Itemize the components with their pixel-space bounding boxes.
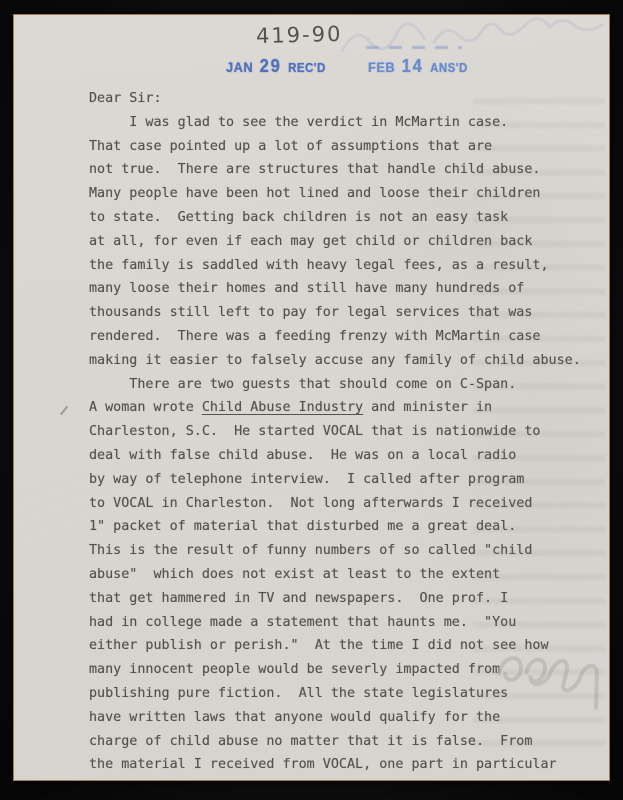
- letter-line: I was glad to see the verdict in McMarti…: [89, 111, 599, 135]
- received-date-stamp: JAN 29 REC'D: [226, 56, 326, 77]
- letter-line: many loose their homes and still have ma…: [89, 277, 599, 301]
- letter-line: to state. Getting back children is not a…: [89, 206, 599, 230]
- stamp-month: FEB: [368, 59, 395, 75]
- letter-line: Dear Sir:: [89, 87, 599, 111]
- stamp-suffix: ANS'D: [430, 61, 468, 75]
- letter-line: the family is saddled with heavy legal f…: [89, 254, 599, 278]
- stamp-day: 14: [402, 56, 424, 77]
- letter-line: That case pointed up a lot of assumption…: [89, 135, 599, 159]
- letter-line: the material I received from VOCAL, one …: [89, 753, 599, 777]
- letter-line: There are two guests that should come on…: [89, 373, 599, 397]
- letter-line: abuse" which does not exist at least to …: [89, 563, 599, 587]
- handwritten-case-number: 419-90: [256, 22, 343, 48]
- letter-line: 1" packet of material that disturbed me …: [89, 515, 599, 539]
- letter-line: making it easier to falsely accuse any f…: [89, 349, 599, 373]
- stamp-suffix: REC'D: [288, 61, 326, 75]
- letter-line: not true. There are structures that hand…: [89, 158, 599, 182]
- faded-stamp-mark: [366, 46, 462, 49]
- letter-line: deal with false child abuse. He was on a…: [89, 444, 599, 468]
- letter-line: to VOCAL in Charleston. Not long afterwa…: [89, 492, 599, 516]
- letter-line: Charleston, S.C. He started VOCAL that i…: [89, 420, 599, 444]
- letter-line: This is the result of funny numbers of s…: [89, 539, 599, 563]
- bleed-through-handwriting-right-icon: [488, 617, 623, 720]
- letter-line: that get hammered in TV and newspapers. …: [89, 587, 599, 611]
- letter-line: charge of child abuse no matter that it …: [89, 730, 599, 754]
- letter-page: 419-90 JAN 29 REC'D FEB 14 ANS'D Dear Si…: [13, 14, 610, 781]
- letter-line: thousands still left to pay for legal se…: [89, 301, 599, 325]
- letter-line: at all, for even if each may get child o…: [89, 230, 599, 254]
- pen-mark: [60, 406, 68, 416]
- stamp-month: JAN: [226, 59, 253, 75]
- letter-line: Many people have been hot lined and loos…: [89, 182, 599, 206]
- stamp-day: 29: [260, 56, 282, 77]
- letter-line: A woman wrote Child Abuse Industry and m…: [89, 396, 599, 420]
- answered-date-stamp: FEB 14 ANS'D: [368, 56, 468, 77]
- letter-line: rendered. There was a feeding frenzy wit…: [89, 325, 599, 349]
- letter-line: by way of telephone interview. I called …: [89, 468, 599, 492]
